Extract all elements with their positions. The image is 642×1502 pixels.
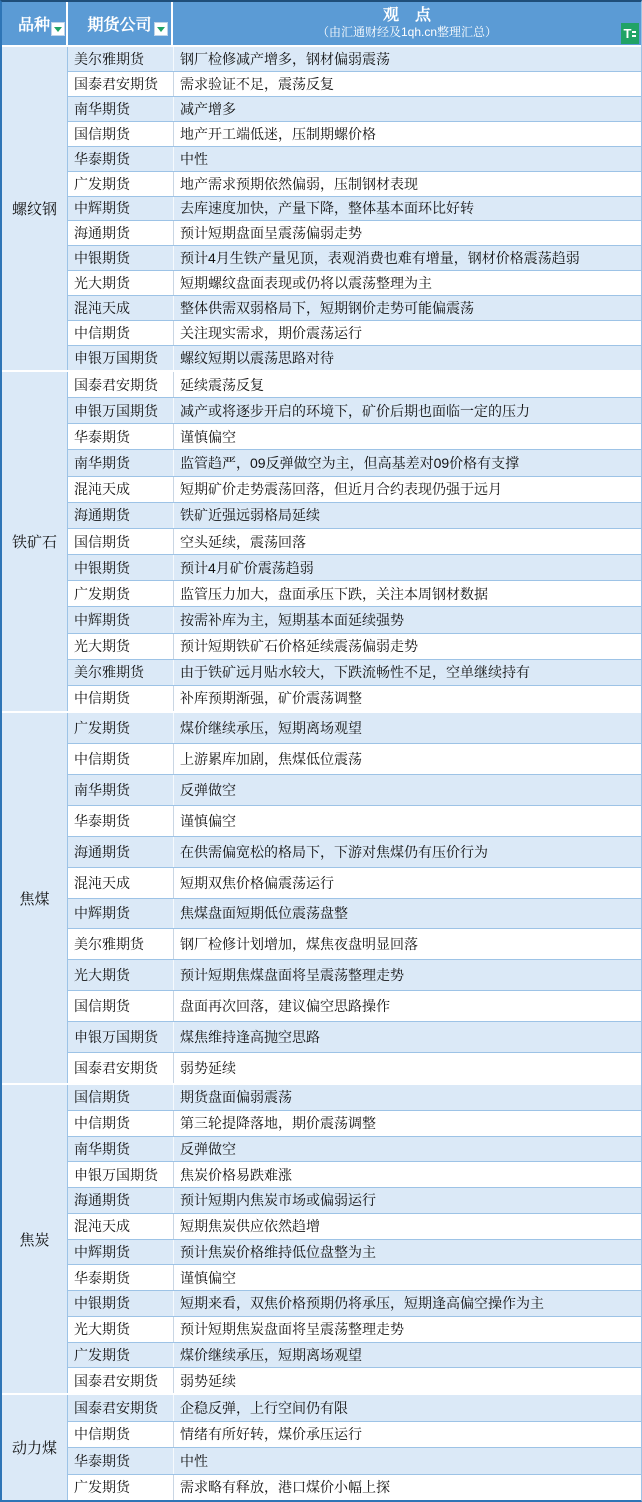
view-cell: 煤价继续承压，短期离场观望 <box>173 1343 641 1368</box>
table-row: 南华期货 反弹做空 <box>68 1137 641 1163</box>
company-cell: 中信期货 <box>68 744 173 774</box>
green-table-badge-icon: T <box>621 23 639 44</box>
table-body: 螺纹钢 美尔雅期货 钢厂检修减产增多，钢材偏弱震荡 国泰君安期货 需求验证不足，… <box>2 47 641 1500</box>
company-cell: 国泰君安期货 <box>68 1053 173 1083</box>
view-cell: 短期螺纹盘面表现或仍将以震荡整理为主 <box>173 271 641 295</box>
section-rows: 国泰君安期货 企稳反弹，上行空间仍有限 中信期货 情绪有所好转，煤价承压运行 华… <box>68 1395 641 1500</box>
variety-header-label: 品种 <box>18 12 50 35</box>
table-row: 光大期货 预计短期焦煤盘面将呈震荡整理走势 <box>68 960 641 991</box>
company-cell: 申银万国期货 <box>68 1022 173 1052</box>
table-row: 华泰期货 谨慎偏空 <box>68 806 641 837</box>
company-cell: 广发期货 <box>68 1475 173 1501</box>
table-row: 国信期货 盘面再次回落，建议偏空思路操作 <box>68 991 641 1022</box>
badge-bars <box>632 31 636 37</box>
view-cell: 由于铁矿远月贴水较大，下跌流畅性不足，空单继续持有 <box>173 660 641 685</box>
view-cell: 需求略有释放，港口煤价小幅上探 <box>173 1475 641 1501</box>
variety-filter-button[interactable] <box>51 22 65 36</box>
view-cell: 中性 <box>173 1448 641 1474</box>
company-cell: 光大期货 <box>68 960 173 990</box>
table-row: 申银万国期货 煤焦维持逢高抛空思路 <box>68 1022 641 1053</box>
company-column-header: 期货公司 <box>68 2 173 45</box>
table-row: 广发期货 煤价继续承压，短期离场观望 <box>68 713 641 744</box>
table-row: 南华期货 反弹做空 <box>68 775 641 806</box>
table-row: 国泰君安期货 需求验证不足，震荡反复 <box>68 72 641 97</box>
filter-dropdown-icon <box>54 27 62 32</box>
table-row: 中银期货 预计4月矿价震荡趋弱 <box>68 555 641 581</box>
view-cell: 预计短期铁矿石价格延续震荡偏弱走势 <box>173 634 641 659</box>
table-row: 混沌天成 短期矿价走势震荡回落，但近月合约表现仍强于远月 <box>68 477 641 503</box>
table-row: 海通期货 在供需偏宽松的格局下，下游对焦煤仍有压价行为 <box>68 837 641 868</box>
view-cell: 关注现实需求，期价震荡运行 <box>173 321 641 345</box>
company-cell: 中信期货 <box>68 1422 173 1448</box>
variety-label: 动力煤 <box>12 1437 57 1458</box>
company-cell: 混沌天成 <box>68 868 173 898</box>
company-cell: 中银期货 <box>68 1291 173 1316</box>
company-cell: 中信期货 <box>68 321 173 345</box>
table-row: 南华期货 减产增多 <box>68 97 641 122</box>
view-cell: 减产增多 <box>173 97 641 121</box>
table-row: 国泰君安期货 弱势延续 <box>68 1053 641 1083</box>
variety-column-header: 品种 <box>2 2 68 45</box>
view-cell: 监管趋严，09反弹做空为主，但高基差对09价格有支撑 <box>173 450 641 475</box>
company-cell: 南华期货 <box>68 450 173 475</box>
company-cell: 华泰期货 <box>68 1265 173 1290</box>
company-cell: 国泰君安期货 <box>68 1368 173 1393</box>
company-cell: 国泰君安期货 <box>68 1395 173 1421</box>
table-row: 广发期货 煤价继续承压，短期离场观望 <box>68 1343 641 1369</box>
company-cell: 华泰期货 <box>68 1448 173 1474</box>
view-cell: 预计短期盘面呈震荡偏弱走势 <box>173 221 641 245</box>
company-cell: 中辉期货 <box>68 1240 173 1265</box>
table-row: 申银万国期货 减产或将逐步开启的环境下，矿价后期也面临一定的压力 <box>68 398 641 424</box>
table-row: 中辉期货 按需补库为主，短期基本面延续强势 <box>68 607 641 633</box>
view-column-header: 观 点 （由汇通财经及1qh.cn整理汇总） T <box>173 2 641 45</box>
company-cell: 混沌天成 <box>68 296 173 320</box>
table-row: 中信期货 上游累库加剧，焦煤低位震荡 <box>68 744 641 775</box>
variety-cell: 焦炭 <box>2 1085 68 1393</box>
view-cell: 地产需求预期依然偏弱，压制钢材表现 <box>173 172 641 196</box>
table-row: 美尔雅期货 由于铁矿远月贴水较大，下跌流畅性不足，空单继续持有 <box>68 660 641 686</box>
variety-cell: 焦煤 <box>2 713 68 1083</box>
view-cell: 短期双焦价格偏震荡运行 <box>173 868 641 898</box>
table-row: 申银万国期货 焦炭价格易跌难涨 <box>68 1162 641 1188</box>
table-row: 光大期货 预计短期铁矿石价格延续震荡偏弱走势 <box>68 634 641 660</box>
commodity-section-2: 铁矿石 国泰君安期货 延续震荡反复 申银万国期货 减产或将逐步开启的环境下，矿价… <box>2 372 641 713</box>
view-cell: 短期来看，双焦价格预期仍将承压，短期逢高偏空操作为主 <box>173 1291 641 1316</box>
table-row: 光大期货 短期螺纹盘面表现或仍将以震荡整理为主 <box>68 271 641 296</box>
company-cell: 申银万国期货 <box>68 398 173 423</box>
company-cell: 中银期货 <box>68 246 173 270</box>
commodity-section-1: 螺纹钢 美尔雅期货 钢厂检修减产增多，钢材偏弱震荡 国泰君安期货 需求验证不足，… <box>2 47 641 372</box>
company-filter-button[interactable] <box>154 22 168 36</box>
table-row: 海通期货 预计短期盘面呈震荡偏弱走势 <box>68 221 641 246</box>
view-cell: 第三轮提降落地，期价震荡调整 <box>173 1111 641 1136</box>
view-cell: 螺纹短期以震荡思路对待 <box>173 346 641 370</box>
company-cell: 中辉期货 <box>68 899 173 929</box>
company-cell: 海通期货 <box>68 503 173 528</box>
view-cell: 反弹做空 <box>173 1137 641 1162</box>
table-row: 广发期货 地产需求预期依然偏弱，压制钢材表现 <box>68 172 641 197</box>
variety-cell: 铁矿石 <box>2 372 68 711</box>
section-rows: 广发期货 煤价继续承压，短期离场观望 中信期货 上游累库加剧，焦煤低位震荡 南华… <box>68 713 641 1083</box>
table-row: 中信期货 补库预期渐强，矿价震荡调整 <box>68 686 641 711</box>
table-row: 混沌天成 短期焦炭供应依然趋增 <box>68 1214 641 1240</box>
company-cell: 申银万国期货 <box>68 346 173 370</box>
company-cell: 广发期货 <box>68 1343 173 1368</box>
variety-cell: 动力煤 <box>2 1395 68 1500</box>
view-cell: 预计短期焦炭盘面将呈震荡整理走势 <box>173 1317 641 1342</box>
view-cell: 预计短期焦煤盘面将呈震荡整理走势 <box>173 960 641 990</box>
variety-label: 焦煤 <box>19 888 49 909</box>
view-cell: 整体供需双弱格局下，短期钢价走势可能偏震荡 <box>173 296 641 320</box>
futures-views-table: 品种 期货公司 观 点 （由汇通财经及1qh.cn整理汇总） T 螺纹钢 美尔雅… <box>0 0 642 1502</box>
view-cell: 延续震荡反复 <box>173 372 641 397</box>
company-cell: 中银期货 <box>68 555 173 580</box>
company-cell: 国泰君安期货 <box>68 72 173 96</box>
table-row: 混沌天成 整体供需双弱格局下，短期钢价走势可能偏震荡 <box>68 296 641 321</box>
company-cell: 光大期货 <box>68 1317 173 1342</box>
company-cell: 海通期货 <box>68 837 173 867</box>
table-row: 华泰期货 中性 <box>68 1448 641 1475</box>
view-cell: 反弹做空 <box>173 775 641 805</box>
table-row: 光大期货 预计短期焦炭盘面将呈震荡整理走势 <box>68 1317 641 1343</box>
company-cell: 华泰期货 <box>68 806 173 836</box>
view-cell: 上游累库加剧，焦煤低位震荡 <box>173 744 641 774</box>
company-cell: 中信期货 <box>68 686 173 711</box>
table-row: 国信期货 空头延续，震荡回落 <box>68 529 641 555</box>
filter-dropdown-icon <box>157 27 165 32</box>
section-rows: 美尔雅期货 钢厂检修减产增多，钢材偏弱震荡 国泰君安期货 需求验证不足，震荡反复… <box>68 47 641 370</box>
view-cell: 铁矿近强远弱格局延续 <box>173 503 641 528</box>
table-row: 广发期货 需求略有释放，港口煤价小幅上探 <box>68 1475 641 1501</box>
table-row: 中辉期货 预计焦炭价格维持低位盘整为主 <box>68 1240 641 1266</box>
view-cell: 弱势延续 <box>173 1053 641 1083</box>
table-row: 中辉期货 焦煤盘面短期低位震荡盘整 <box>68 899 641 930</box>
view-cell: 预计焦炭价格维持低位盘整为主 <box>173 1240 641 1265</box>
table-row: 国泰君安期货 延续震荡反复 <box>68 372 641 398</box>
view-cell: 按需补库为主，短期基本面延续强势 <box>173 607 641 632</box>
variety-cell: 螺纹钢 <box>2 47 68 370</box>
view-cell: 空头延续，震荡回落 <box>173 529 641 554</box>
company-cell: 美尔雅期货 <box>68 660 173 685</box>
view-cell: 钢厂检修减产增多，钢材偏弱震荡 <box>173 47 641 71</box>
table-row: 国泰君安期货 弱势延续 <box>68 1368 641 1393</box>
view-cell: 短期矿价走势震荡回落，但近月合约表现仍强于远月 <box>173 477 641 502</box>
section-rows: 国信期货 期货盘面偏弱震荡 中信期货 第三轮提降落地，期价震荡调整 南华期货 反… <box>68 1085 641 1393</box>
company-header-label: 期货公司 <box>87 12 151 35</box>
table-row: 混沌天成 短期双焦价格偏震荡运行 <box>68 868 641 899</box>
variety-label: 螺纹钢 <box>12 198 57 219</box>
commodity-section-3: 焦煤 广发期货 煤价继续承压，短期离场观望 中信期货 上游累库加剧，焦煤低位震荡… <box>2 713 641 1085</box>
company-cell: 国泰君安期货 <box>68 372 173 397</box>
company-cell: 混沌天成 <box>68 477 173 502</box>
view-cell: 弱势延续 <box>173 1368 641 1393</box>
table-row: 华泰期货 谨慎偏空 <box>68 1265 641 1291</box>
view-cell: 煤焦维持逢高抛空思路 <box>173 1022 641 1052</box>
company-cell: 美尔雅期货 <box>68 929 173 959</box>
view-cell: 去库速度加快，产量下降，整体基本面环比好转 <box>173 197 641 221</box>
view-header-subtitle: （由汇通财经及1qh.cn整理汇总） <box>317 25 497 40</box>
table-row: 中银期货 短期来看，双焦价格预期仍将承压，短期逢高偏空操作为主 <box>68 1291 641 1317</box>
table-row: 中辉期货 去库速度加快，产量下降，整体基本面环比好转 <box>68 197 641 222</box>
company-cell: 华泰期货 <box>68 147 173 171</box>
table-row: 中信期货 第三轮提降落地，期价震荡调整 <box>68 1111 641 1137</box>
table-row: 美尔雅期货 钢厂检修减产增多，钢材偏弱震荡 <box>68 47 641 72</box>
company-cell: 海通期货 <box>68 1188 173 1213</box>
view-cell: 地产开工端低迷，压制期螺价格 <box>173 122 641 146</box>
table-header: 品种 期货公司 观 点 （由汇通财经及1qh.cn整理汇总） T <box>2 2 641 47</box>
view-cell: 短期焦炭供应依然趋增 <box>173 1214 641 1239</box>
view-cell: 期货盘面偏弱震荡 <box>173 1085 641 1110</box>
company-cell: 光大期货 <box>68 634 173 659</box>
company-cell: 广发期货 <box>68 713 173 743</box>
company-cell: 南华期货 <box>68 775 173 805</box>
view-cell: 谨慎偏空 <box>173 1265 641 1290</box>
view-cell: 煤价继续承压，短期离场观望 <box>173 713 641 743</box>
view-cell: 钢厂检修计划增加，煤焦夜盘明显回落 <box>173 929 641 959</box>
company-cell: 光大期货 <box>68 271 173 295</box>
variety-label: 铁矿石 <box>12 531 57 552</box>
table-row: 美尔雅期货 钢厂检修计划增加，煤焦夜盘明显回落 <box>68 929 641 960</box>
table-row: 中信期货 情绪有所好转，煤价承压运行 <box>68 1422 641 1449</box>
view-cell: 预计4月矿价震荡趋弱 <box>173 555 641 580</box>
view-cell: 预计4月生铁产量见顶，表观消费也难有增量，钢材价格震荡趋弱 <box>173 246 641 270</box>
table-row: 海通期货 预计短期内焦炭市场或偏弱运行 <box>68 1188 641 1214</box>
view-cell: 补库预期渐强，矿价震荡调整 <box>173 686 641 711</box>
view-cell: 情绪有所好转，煤价承压运行 <box>173 1422 641 1448</box>
view-cell: 在供需偏宽松的格局下，下游对焦煤仍有压价行为 <box>173 837 641 867</box>
table-row: 中银期货 预计4月生铁产量见顶，表观消费也难有增量，钢材价格震荡趋弱 <box>68 246 641 271</box>
table-row: 国信期货 期货盘面偏弱震荡 <box>68 1085 641 1111</box>
table-row: 南华期货 监管趋严，09反弹做空为主，但高基差对09价格有支撑 <box>68 450 641 476</box>
view-cell: 中性 <box>173 147 641 171</box>
company-cell: 南华期货 <box>68 1137 173 1162</box>
view-cell: 盘面再次回落，建议偏空思路操作 <box>173 991 641 1021</box>
commodity-section-5: 动力煤 国泰君安期货 企稳反弹，上行空间仍有限 中信期货 情绪有所好转，煤价承压… <box>2 1395 641 1500</box>
view-cell: 谨慎偏空 <box>173 424 641 449</box>
view-cell: 监管压力加大，盘面承压下跌，关注本周钢材数据 <box>173 581 641 606</box>
table-row: 申银万国期货 螺纹短期以震荡思路对待 <box>68 346 641 370</box>
company-cell: 中信期货 <box>68 1111 173 1136</box>
company-cell: 混沌天成 <box>68 1214 173 1239</box>
table-row: 华泰期货 中性 <box>68 147 641 172</box>
company-cell: 广发期货 <box>68 581 173 606</box>
company-cell: 美尔雅期货 <box>68 47 173 71</box>
view-header-label: 观 点 <box>383 7 431 25</box>
view-cell: 焦煤盘面短期低位震荡盘整 <box>173 899 641 929</box>
view-cell: 需求验证不足，震荡反复 <box>173 72 641 96</box>
commodity-section-4: 焦炭 国信期货 期货盘面偏弱震荡 中信期货 第三轮提降落地，期价震荡调整 南华期… <box>2 1085 641 1395</box>
table-row: 广发期货 监管压力加大，盘面承压下跌，关注本周钢材数据 <box>68 581 641 607</box>
table-row: 中信期货 关注现实需求，期价震荡运行 <box>68 321 641 346</box>
table-row: 华泰期货 谨慎偏空 <box>68 424 641 450</box>
variety-label: 焦炭 <box>19 1229 49 1250</box>
company-cell: 国信期货 <box>68 529 173 554</box>
company-cell: 国信期货 <box>68 1085 173 1110</box>
company-cell: 南华期货 <box>68 97 173 121</box>
view-cell: 焦炭价格易跌难涨 <box>173 1162 641 1187</box>
view-cell: 预计短期内焦炭市场或偏弱运行 <box>173 1188 641 1213</box>
view-cell: 减产或将逐步开启的环境下，矿价后期也面临一定的压力 <box>173 398 641 423</box>
company-cell: 中辉期货 <box>68 607 173 632</box>
table-row: 海通期货 铁矿近强远弱格局延续 <box>68 503 641 529</box>
company-cell: 国信期货 <box>68 122 173 146</box>
badge-letter: T <box>624 27 632 40</box>
company-cell: 海通期货 <box>68 221 173 245</box>
company-cell: 华泰期货 <box>68 424 173 449</box>
table-row: 国信期货 地产开工端低迷，压制期螺价格 <box>68 122 641 147</box>
company-cell: 申银万国期货 <box>68 1162 173 1187</box>
table-row: 国泰君安期货 企稳反弹，上行空间仍有限 <box>68 1395 641 1422</box>
view-cell: 谨慎偏空 <box>173 806 641 836</box>
company-cell: 国信期货 <box>68 991 173 1021</box>
company-cell: 中辉期货 <box>68 197 173 221</box>
company-cell: 广发期货 <box>68 172 173 196</box>
section-rows: 国泰君安期货 延续震荡反复 申银万国期货 减产或将逐步开启的环境下，矿价后期也面… <box>68 372 641 711</box>
view-cell: 企稳反弹，上行空间仍有限 <box>173 1395 641 1421</box>
